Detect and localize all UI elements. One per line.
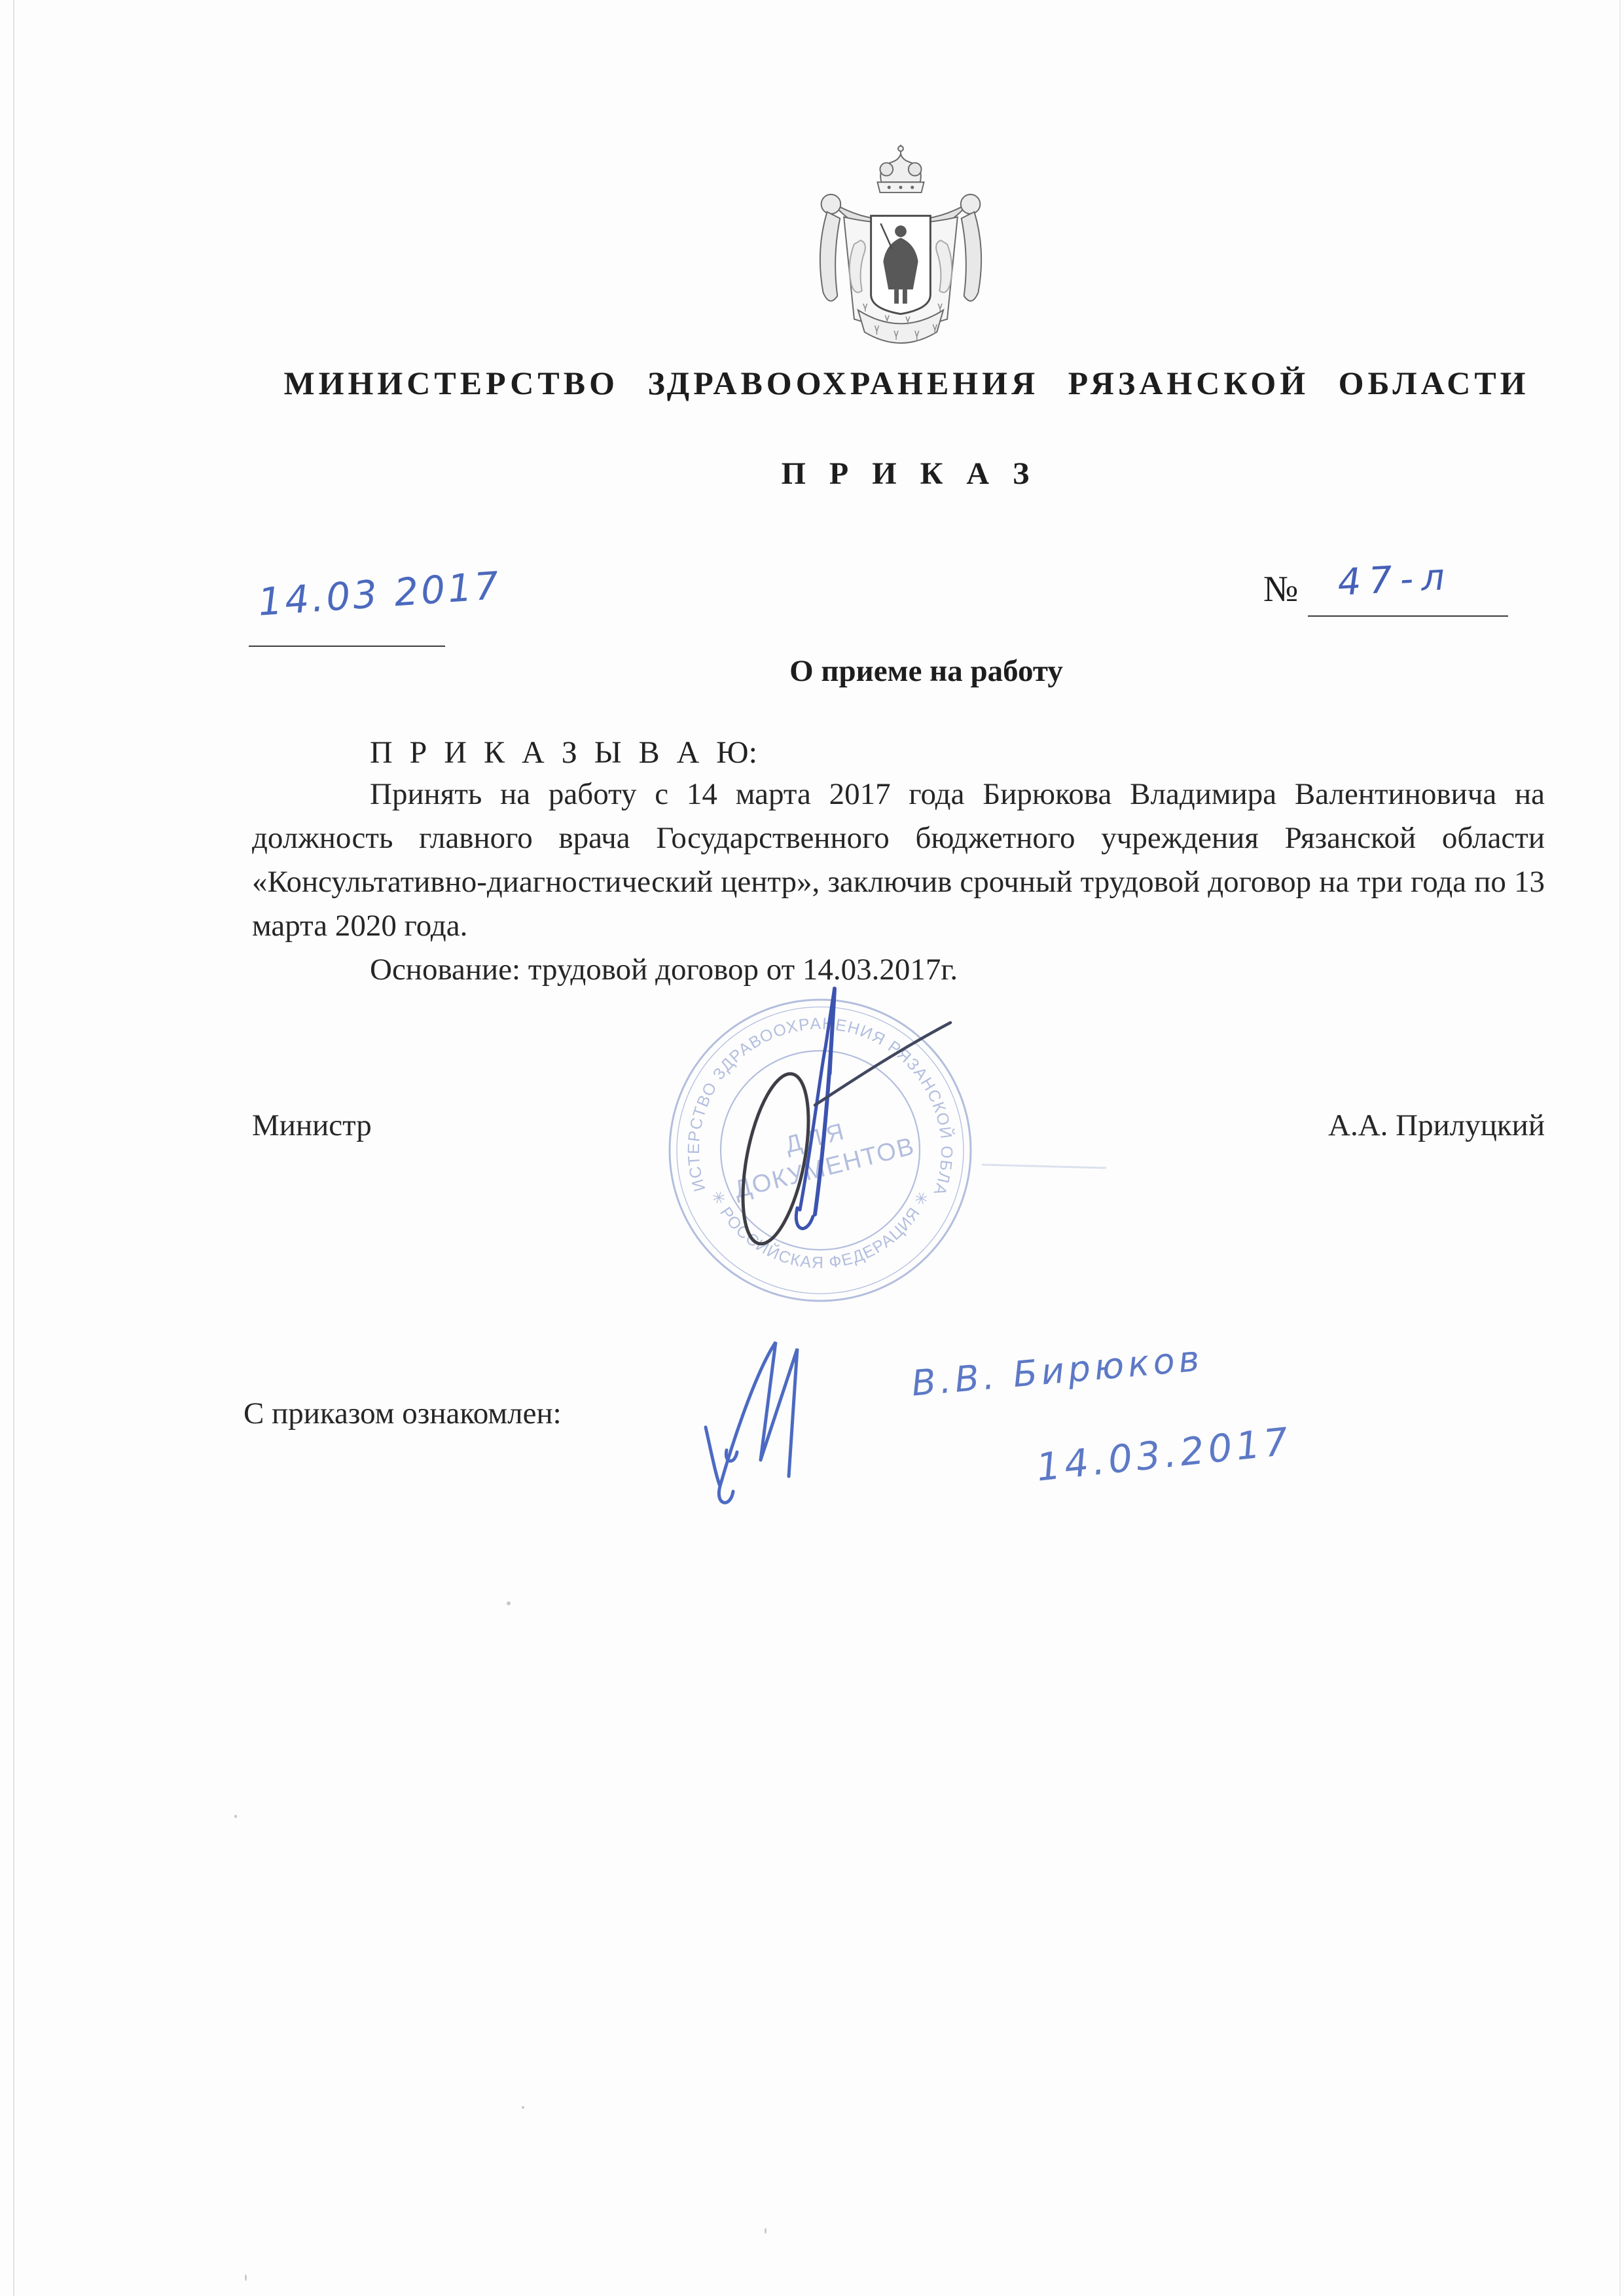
scan-edge-left bbox=[13, 0, 14, 2296]
scan-speck bbox=[234, 1815, 237, 1818]
coat-of-arms-ryazan-icon bbox=[804, 140, 998, 348]
acknowledgment-signature-icon bbox=[687, 1322, 910, 1519]
acknowledgment-date: 14.03.2017 bbox=[1034, 1419, 1294, 1490]
number-label: № bbox=[1263, 568, 1298, 610]
minister-signature-icon bbox=[668, 943, 995, 1257]
document-type-heading: П Р И К А З bbox=[255, 456, 1558, 492]
acknowledgment-name: В.В. Бирюков bbox=[910, 1338, 1205, 1404]
mantle-drape-left bbox=[820, 212, 840, 301]
scan-speck bbox=[507, 1601, 511, 1605]
date-underline bbox=[249, 646, 445, 647]
scan-speck bbox=[765, 2228, 767, 2234]
subject-line: О приеме на работу bbox=[275, 653, 1578, 689]
number-underline bbox=[1308, 615, 1508, 617]
stamp-smudge bbox=[982, 1164, 1106, 1169]
handwritten-number: 47-л bbox=[1337, 556, 1453, 604]
scan-edge-right bbox=[1619, 0, 1621, 2296]
ministry-title: МИНИСТЕРСТВО ЗДРАВООХРАНЕНИЯ РЯЗАНСКОЙ О… bbox=[255, 364, 1558, 402]
mantle-drape-right bbox=[962, 212, 981, 301]
document-page: МИНИСТЕРСТВО ЗДРАВООХРАНЕНИЯ РЯЗАНСКОЙ О… bbox=[0, 0, 1624, 2296]
mantle-bow-left bbox=[821, 194, 841, 214]
directive-line: П Р И К А З Ы В А Ю: bbox=[370, 735, 757, 771]
acknowledgment-label: С приказом ознакомлен: bbox=[244, 1396, 562, 1431]
order-paragraph: Принять на работу с 14 марта 2017 года Б… bbox=[252, 773, 1545, 948]
handwritten-date: 14.03 2017 bbox=[257, 563, 503, 625]
scan-speck bbox=[522, 2106, 524, 2109]
scan-speck bbox=[245, 2274, 247, 2281]
mantle-bow-right bbox=[961, 194, 981, 214]
